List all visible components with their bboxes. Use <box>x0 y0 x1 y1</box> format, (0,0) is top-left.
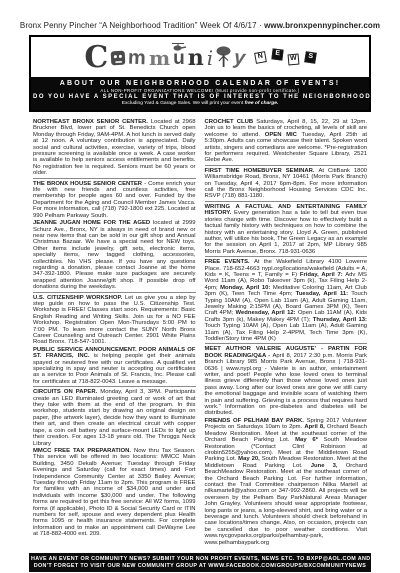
community-events-box: C o m m u n i y N E W S ABO <box>29 35 371 112</box>
banner-note-text: Excluding Yard & Garage Sales. We will p… <box>122 101 245 106</box>
article-friends-of-pelham-bay-park: FRIENDS OF PELHAM BAY PARK. Spring 2017 … <box>205 418 368 546</box>
logo-letter-n: n <box>188 47 204 69</box>
footer-line-2: DON'T FORGET TO VISIT OUR NEW COMMUNITY … <box>31 563 369 570</box>
article-title: FRIENDS OF PELHAM BAY PARK. <box>205 418 307 424</box>
article-body: Located at 2968 Bruckner Blvd, lower par… <box>33 119 196 176</box>
news-tile-e: E <box>271 49 283 61</box>
submission-footer-bar: HAVE AN EVENT OR COMMUNITY NEWS? SUBMIT … <box>29 553 371 572</box>
logo-letter-c: C <box>84 43 108 73</box>
left-column: NORTHEAST BRONX SENIOR CENTER. Located a… <box>33 119 196 547</box>
helicopter-icon <box>171 40 187 56</box>
website-url: www.bronxpennypincher.com <box>264 21 380 30</box>
logo-letter-m1: m <box>128 48 146 69</box>
article-body: Spring 2017 Volunteer Projects on Saturd… <box>205 418 368 546</box>
listing-columns: NORTHEAST BRONX SENIOR CENTER. Located a… <box>33 119 367 547</box>
article-first-time-homebuyer-seminar: FIRST TIME HOMEBUYER SEMINAR. At CitiBan… <box>205 168 368 202</box>
banner-headline: ABOUT OUR NEIGHBORHOOD CALENDAR OF EVENT… <box>33 80 367 87</box>
banner-note: Excluding Yard & Garage Sales. We will p… <box>33 101 367 106</box>
article-crochet-club: CROCHET CLUB Saturdays, April 8, 15, 22,… <box>205 119 368 166</box>
article-title: FIRST TIME HOMEBUYER SEMINAR. <box>205 168 319 174</box>
article-body: Now thru Tax Season. This service will b… <box>33 448 196 537</box>
article-mmcc-free-tax-preparation: MMCC FREE TAX PREPARATION. Now thru Tax … <box>33 448 196 538</box>
running-head-text: Bronx Penny Pincher “A Neighborhood Trad… <box>20 21 264 30</box>
logo-letter-m2: m <box>149 48 170 68</box>
robot-face-icon: o <box>111 51 126 66</box>
article-body: At the Wakefield Library 4100 Lowerre Pl… <box>205 259 368 342</box>
news-tile-n: N <box>254 51 267 64</box>
article-body: Saturdays, April 8, 15, 22, 29 at 12pm. … <box>205 119 368 163</box>
article-title: THE BRONX HOUSE SENIOR CENTER <box>33 181 144 187</box>
article-us-citizenship-workshop: U.S. CITIZENSHIP WORKSHOP. Let us give y… <box>33 295 196 346</box>
banner-note-emphasis: free of charge. <box>245 101 279 106</box>
calendar-banner: ABOUT OUR NEIGHBORHOOD CALENDAR OF EVENT… <box>31 77 369 110</box>
article-poor-animals-st-francis: PUBLIC SERVICE ANNOUNCEMENT. POOR ANIMAL… <box>33 347 196 387</box>
news-tile-w: W <box>288 54 300 66</box>
article-northeast-bronx-senior-center: NORTHEAST BRONX SENIOR CENTER. Located a… <box>33 119 196 179</box>
article-body: Every generation has a tale to tell but … <box>205 210 368 254</box>
article-bronx-house-senior-center: THE BRONX HOUSE SENIOR CENTER - Come enr… <box>33 181 196 219</box>
article-jeanne-jugan-home: JEANNE JUGAN HOME FOR THE AGED located a… <box>33 220 196 292</box>
article-body: Let us give you a step by step guide on … <box>33 295 196 346</box>
footer-line-1: HAVE AN EVENT OR COMMUNITY NEWS? SUBMIT … <box>31 556 369 563</box>
cheering-person-letter-y: y <box>234 48 246 69</box>
tree-letter-t-icon <box>216 46 231 72</box>
article-title: CIRCUITS ON PAPER. <box>33 389 100 395</box>
logo-letter-u-wrap: u <box>173 49 185 68</box>
article-circuits-on-paper: CIRCUITS ON PAPER. Monday, April 3, 3PM.… <box>33 389 196 447</box>
article-wakefield-free-events: FREE EVENTS. At the Wakefield Library 41… <box>205 259 368 344</box>
surfer-letter-i: i <box>207 48 213 68</box>
banner-question: DO YOU HAVE A SPECIAL EVENT THAT IS OF I… <box>33 94 367 100</box>
newspaper-page: Bronx Penny Pincher “A Neighborhood Trad… <box>0 0 400 573</box>
banner-subline: ALL NON-PROFIT ORGANIZATIONS WELCOME! (M… <box>33 88 367 93</box>
article-body: Monday, April 3, 3PM. Participants creat… <box>33 389 196 446</box>
article-body: located at 2999 Schurz Ave., Bronx, NY i… <box>33 220 196 290</box>
article-title: CROCHET CLUB <box>205 119 257 125</box>
article-title: FREE EVENTS. <box>205 259 254 265</box>
news-tile-s: S <box>304 51 317 64</box>
community-news-logo: C o m m u n i y N E W S <box>31 37 369 77</box>
running-head: Bronx Penny Pincher “A Neighborhood Trad… <box>0 0 400 30</box>
article-family-history-writing: WRITING A FACTUAL AND ENTERTAINING FAMIL… <box>205 204 368 257</box>
right-column: CROCHET CLUB Saturdays, April 8, 15, 22,… <box>205 119 368 547</box>
article-title: U.S. CITIZENSHIP WORKSHOP. <box>33 295 125 301</box>
article-body: - Come enrich your life with new friends… <box>33 181 196 219</box>
article-title: JEANNE JUGAN HOME FOR THE AGED <box>33 220 153 226</box>
article-title: MMCC FREE TAX PREPARATION. <box>33 448 134 454</box>
article-title: NORTHEAST BRONX SENIOR CENTER. <box>33 119 151 125</box>
article-meet-author-valerie-auguste: MEET AUTHOR VALERIE AUGUSTE' - PARTIN FO… <box>205 346 368 416</box>
article-body: April 8, 2017 2:30 p.m. Morris Park Bran… <box>205 353 368 417</box>
news-tiles: N E W S <box>254 50 315 66</box>
